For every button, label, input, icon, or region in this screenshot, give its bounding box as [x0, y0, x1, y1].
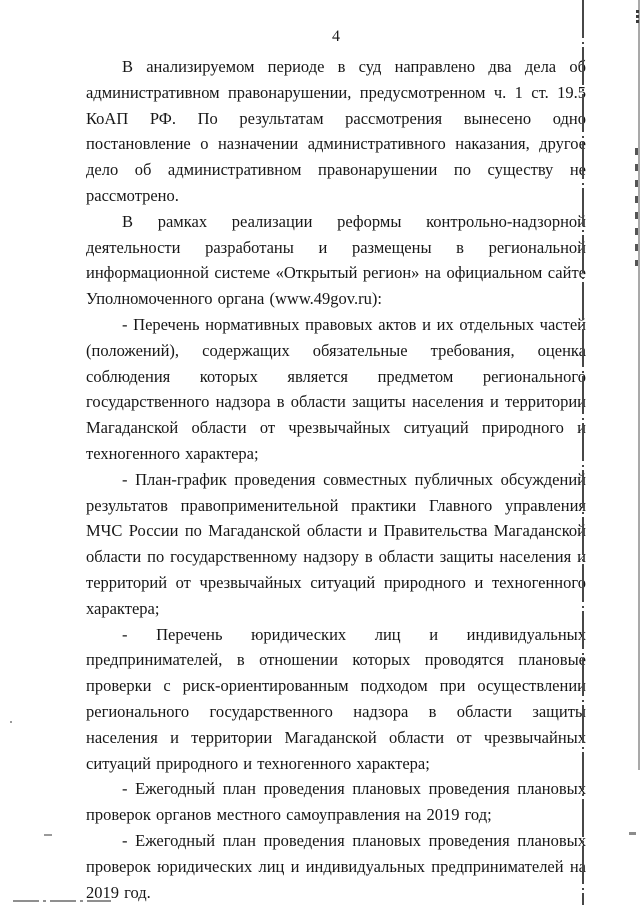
scan-dash-mark-right: [629, 832, 636, 835]
scan-edge-dash-marks: [635, 148, 638, 266]
paragraph-bullet-schedule: - План-график проведения совместных публ…: [86, 467, 586, 622]
paragraph-bullet-plan-municipal: - Ежегодный план проведения плановых про…: [86, 776, 586, 828]
scan-crease-line: [582, 0, 584, 905]
paragraph-court-cases: В анализируемом периоде в суд направлено…: [86, 54, 586, 209]
scan-dot-mark-left: [10, 721, 12, 723]
document-body: В анализируемом периоде в суд направлено…: [86, 54, 586, 905]
document-page: 4 В анализируемом периоде в суд направле…: [0, 0, 640, 905]
scan-dash-mark-left: [44, 834, 52, 836]
paragraph-bullet-plan-legal: - Ежегодный план проведения плановых про…: [86, 828, 586, 905]
paragraph-bullet-entities: - Перечень юридических лиц и индивидуаль…: [86, 622, 586, 777]
paragraph-bullet-acts-list: - Перечень нормативных правовых актов и …: [86, 312, 586, 467]
scan-bottom-dash-line: [13, 900, 111, 902]
scan-edge-mark-top: [636, 10, 639, 24]
paragraph-reform-intro: В рамках реализации реформы контрольно-н…: [86, 209, 586, 312]
page-number: 4: [86, 28, 586, 46]
